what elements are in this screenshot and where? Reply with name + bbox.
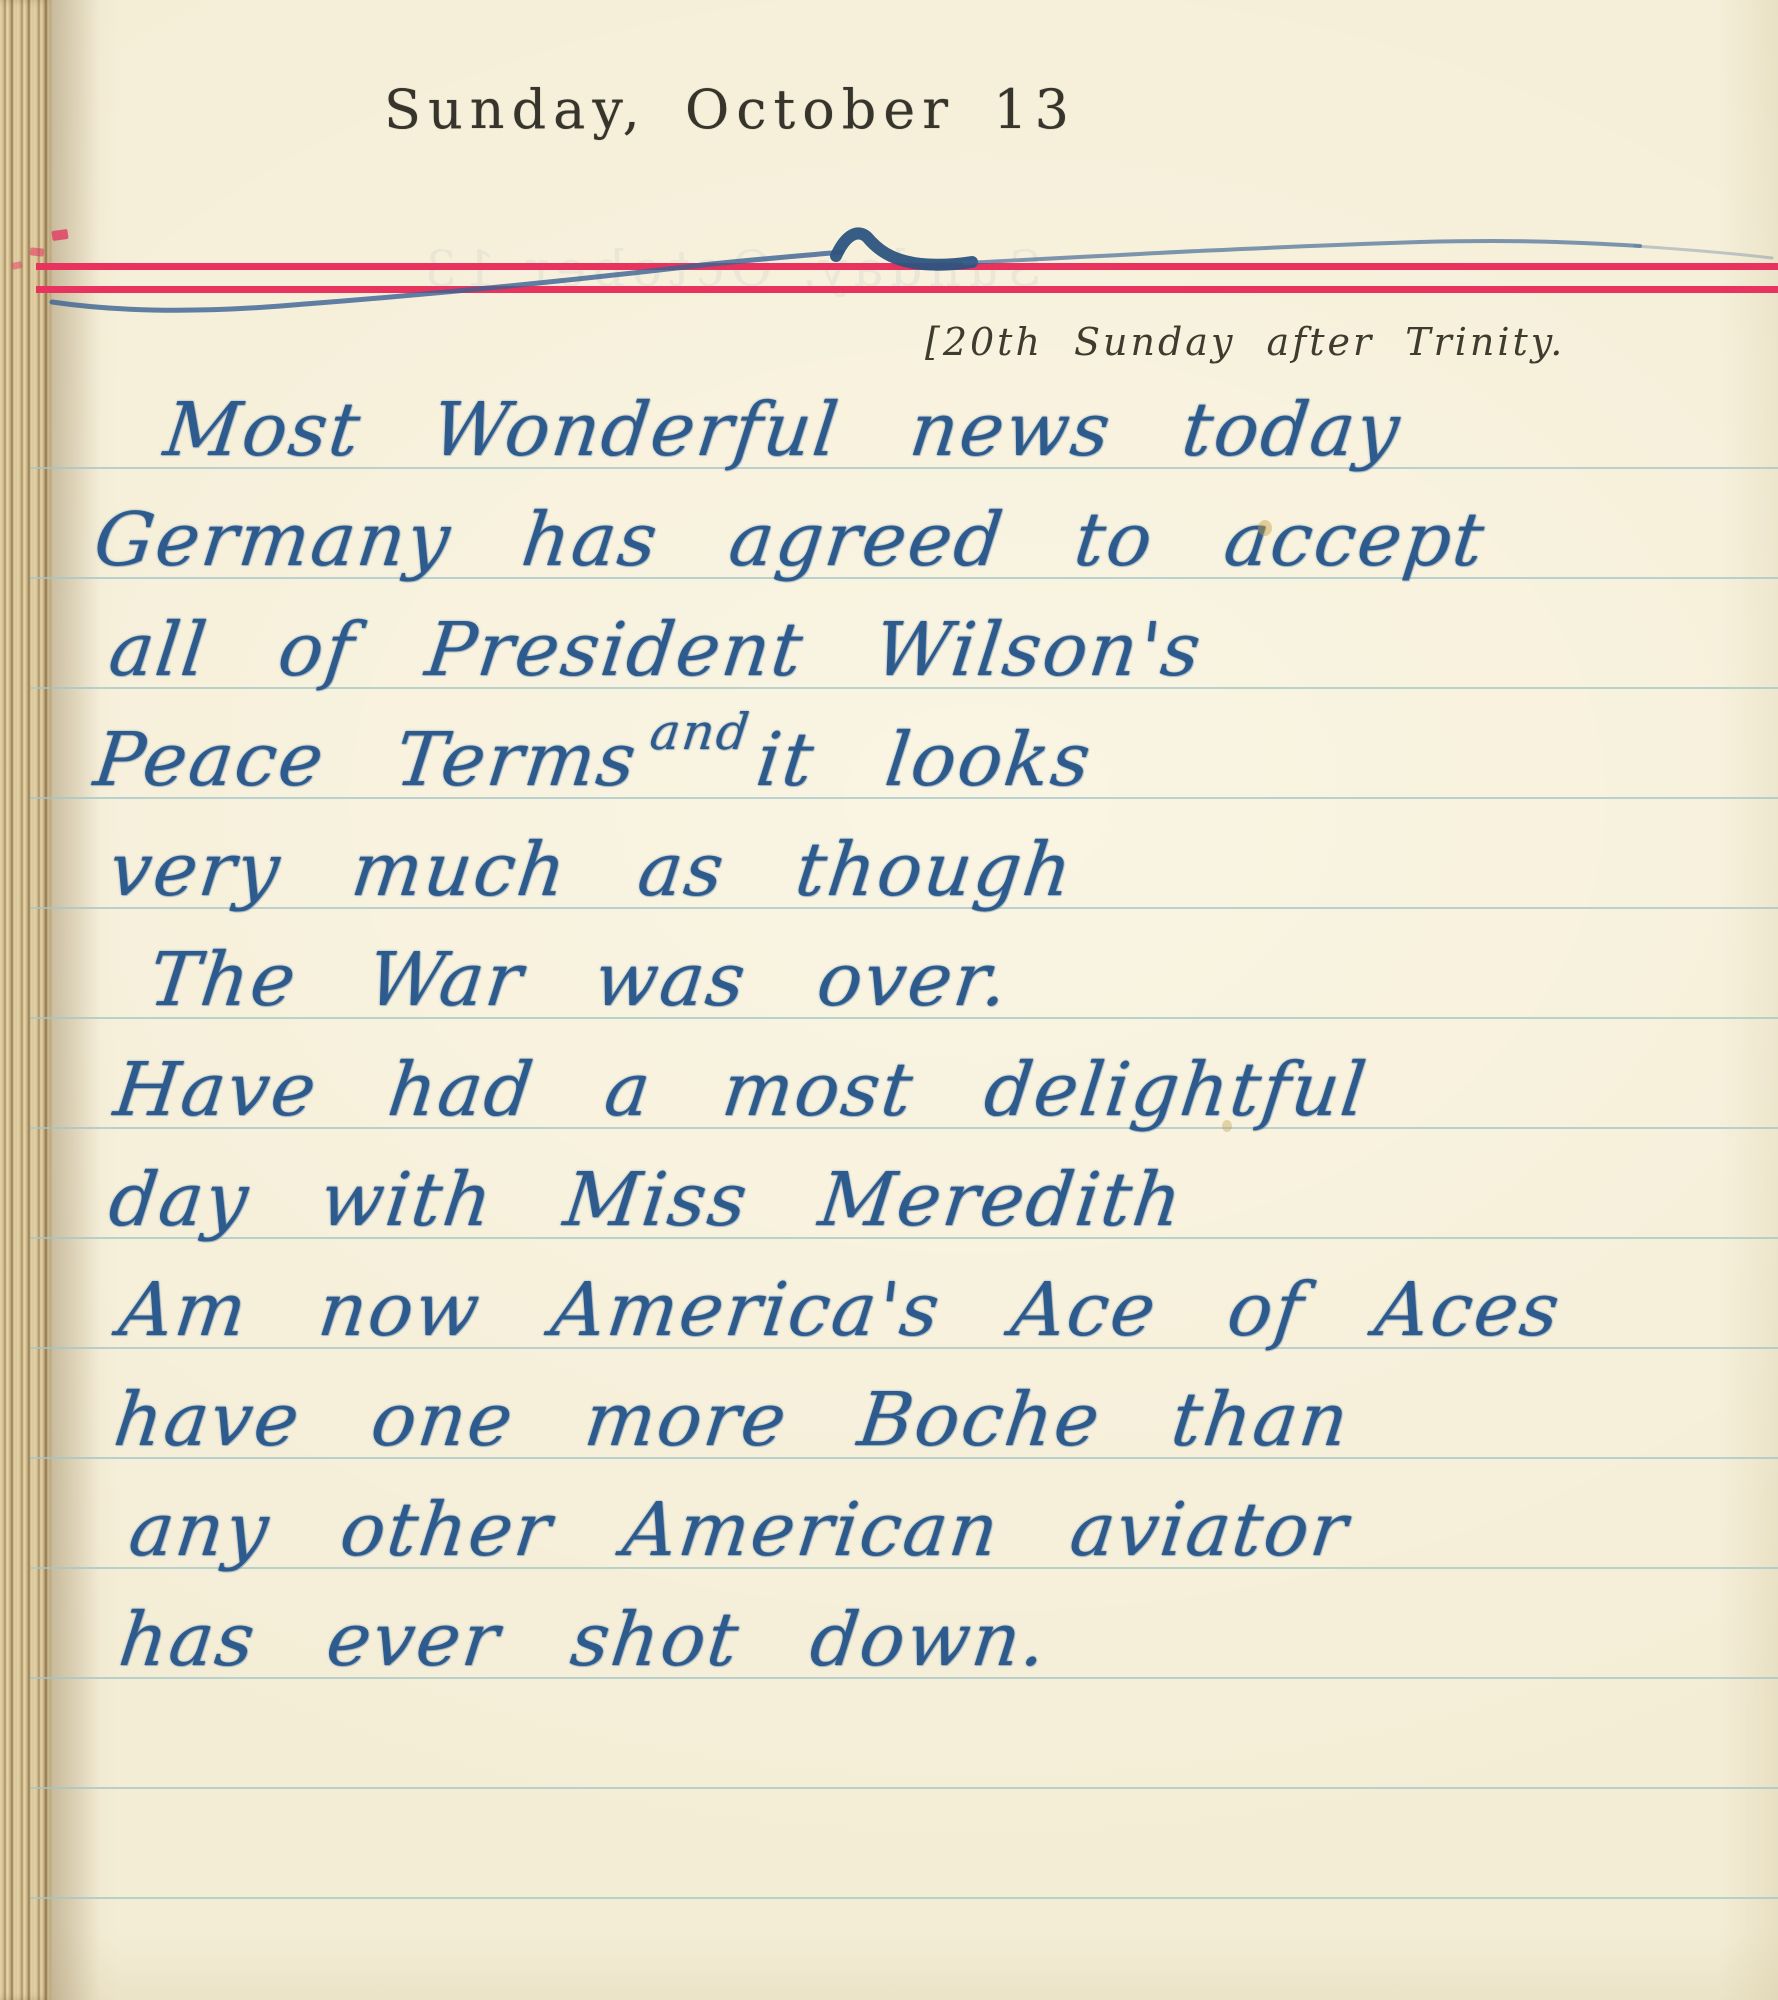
paper-stain bbox=[1258, 520, 1272, 536]
handwriting-line: day with Miss Meredith bbox=[105, 1157, 1188, 1243]
handwriting-line: Most Wonderful news today bbox=[160, 387, 1406, 473]
printed-trinity-note: [20th Sunday after Trinity. bbox=[925, 320, 1565, 364]
handwriting-text: Peace Terms bbox=[90, 717, 643, 803]
handwriting-line: The War was over. bbox=[145, 937, 1014, 1023]
handwriting-line: Am now America's Ace of Aces bbox=[115, 1267, 1566, 1353]
handwriting-text: it looks bbox=[752, 717, 1097, 803]
handwriting-line: very much as though bbox=[105, 827, 1079, 913]
handwriting-line: any other American aviator bbox=[125, 1487, 1354, 1573]
handwriting-line: Have had a most delightful bbox=[110, 1047, 1373, 1133]
handwriting-line: has ever shot down. bbox=[115, 1597, 1053, 1683]
ruled-line bbox=[30, 1897, 1778, 1899]
paper-stain bbox=[1222, 1120, 1232, 1132]
handwriting-line: have one more Boche than bbox=[110, 1377, 1355, 1463]
ruled-line bbox=[30, 1787, 1778, 1789]
handwriting-line: all of President Wilson's bbox=[105, 607, 1207, 693]
handwriting-line: Peace Termsandit looks bbox=[90, 717, 1097, 803]
handwriting-line: Germany has agreed to accept bbox=[90, 497, 1490, 583]
inserted-word-above-line: and bbox=[647, 703, 754, 761]
